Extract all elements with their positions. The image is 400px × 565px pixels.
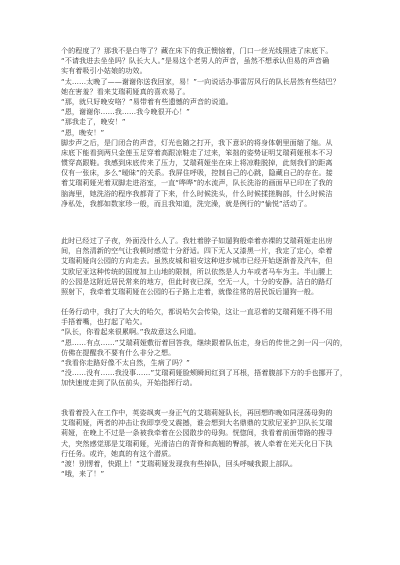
text-line: 脑海里，她洗浴的程序我都背了下来，什么时候洗头，什么时候揉搓胸部，什么时候洁	[61, 189, 345, 199]
paragraph-block-3: 任务行动中，我打了大大的哈欠，都说哈欠会传染，这让一直忍着的艾瑞莉娅不得不用 手…	[61, 307, 345, 389]
text-line: 艾瑞莉娅，两者的冲击让我即享受又震撼，谁会想到大名鼎鼎的艾欧尼亚护卫队长艾瑞	[61, 418, 345, 428]
text-line: 她在害羞？看来艾瑞莉娅真的喜欢易了。	[61, 87, 345, 97]
text-line: “恩，晚安！”	[61, 128, 345, 138]
text-line: “那，就只好晚安咯？”易带着有些遗憾的声音的说道。	[61, 97, 345, 107]
text-line: 此时已经过了子夜，外面没什么人了。我牡着脖子如遛狗般牵着赤裸的艾瑞莉娅走出房	[61, 236, 345, 246]
text-line: 个的程度了？那我不是白等了？藏在床下的我正懊恼着，门口一丝光线照进了床底下。	[61, 46, 345, 56]
text-line: 照射下，我牵着艾瑞莉娅在公园的石子路上走着，就像往常的居民饭后遛狗一般。	[61, 287, 345, 297]
text-line: 床底下能看到两只金莲玉足穿着高跟凉鞋走了过来，笨拙的姿势证明艾瑞莉娅根本不习	[61, 148, 345, 158]
text-line: 我看着投入在工作中，英姿飒爽一身正气的艾瑞莉娅队长，再回想昨晚如同淫荡母狗的	[61, 408, 345, 418]
text-line: “哦，来了！”	[61, 469, 345, 479]
text-line: 着艾瑞莉娅光着双脚走进浴室，一直“哗哗”的水流声，队长洗浴的画面早已印在了我的	[61, 178, 345, 188]
text-line: 惯穿高跟鞋。我感到床底传来了压力，艾瑞莉娅坐在床上将凉鞋脱掉，此刻我们的距离	[61, 158, 345, 168]
text-line: 加快速度走到了队伍前头，开始指挥行动。	[61, 378, 345, 388]
text-line: 艾瑞莉娅向公园的方向走去。虽然皮城和祖安这种进步城市已经开始逐渐普及汽车，但	[61, 256, 345, 266]
text-line: “没……没有……我没事……”艾瑞莉娅脸颊瞬间红到了耳根，捂着腹部下方的手也挪开了…	[61, 368, 345, 378]
text-line: “不请我进去坐坐吗？队长大人。”是易这个老男人的声音，虽然不想承认但易的声音确	[61, 56, 345, 66]
text-line: “那我走了，晚安！”	[61, 117, 345, 127]
text-line: “渡！别愣着，快跟上！”艾瑞莉娅发现我有些掉队，回头呼喊我跟上部队。	[61, 459, 345, 469]
text-line: 脚步声之后，是门闭合的声音，灯光也随之打开，我下意识的将身体朝里面缩了缩。从	[61, 138, 345, 148]
text-line: “恩……有点……”艾瑞莉娅敷衍着回答我，继续跟着队伍走，身后的传世之剑一闪一闪的…	[61, 338, 345, 348]
text-line: 莉娅，在晚上不过是一条被我牵着在公园散步的母狗。恍惚间，我看着前面带路的搜寻	[61, 428, 345, 438]
text-line: 手捂着嘴，也打起了哈欠。	[61, 317, 345, 327]
text-line: “恩，谢谢你……我……我今晚很开心！”	[61, 107, 345, 117]
text-line: “太……太晚了——谢谢你送我回家，易！”一向说话办事雷厉风行的队长居然有些结巴？	[61, 77, 345, 87]
text-line: 行任务。或许，她真的有这个潜质。	[61, 449, 345, 459]
text-line: “队长，你看起来很累啊。”我故意这么问道。	[61, 327, 345, 337]
text-line: 实有着吸引小姑娘的功效。	[61, 66, 345, 76]
text-line: 任务行动中，我打了大大的哈欠，都说哈欠会传染，这让一直忍着的艾瑞莉娅不得不用	[61, 307, 345, 317]
document-page: 个的程度了？那我不是白等了？藏在床下的我正懊恼着，门口一丝光线照进了床底下。 “…	[0, 0, 400, 565]
text-line: 犬，突然感觉那是艾瑞莉娅，光滑洁白的背脊和高翘的臀部，被人牵着在光天化日下执	[61, 439, 345, 449]
text-line: 间，自然清新的空气让我顿时感觉十分舒适。四下无人又漆黑一片，我定了定心，牵着	[61, 246, 345, 256]
text-line: 艾欧尼亚这种传统的国度加上山地的限制，所以依然是人力车或者马车为主。半山腰上	[61, 267, 345, 277]
text-line: 的公园是这附近居民常来的地方，但此时夜已深，空无一人，十分的安静。洁白的路灯	[61, 277, 345, 287]
paragraph-block-1: 个的程度了？那我不是白等了？藏在床下的我正懊恼着，门口一丝光线照进了床底下。 “…	[61, 46, 345, 209]
paragraph-block-2: 此时已经过了子夜，外面没什么人了。我牡着脖子如遛狗般牵着赤裸的艾瑞莉娅走出房 间…	[61, 236, 345, 297]
text-line: 净私处，我都如数家珍一般，而且我知道，洗完澡，就是例行的“愉悦”活动了。	[61, 199, 345, 209]
text-line: 仅有一张床，多么“暧昧”的关系。我屏住呼吸，控制自己的心跳，隐藏自己的存在。接	[61, 168, 345, 178]
paragraph-block-4: 我看着投入在工作中，英姿飒爽一身正气的艾瑞莉娅队长，再回想昨晚如同淫荡母狗的 艾…	[61, 408, 345, 479]
text-line: 仿佛在提醒我不要有什么非分之想。	[61, 348, 345, 358]
text-line: “我看你走路好像不太自然，生病了吗？”	[61, 358, 345, 368]
